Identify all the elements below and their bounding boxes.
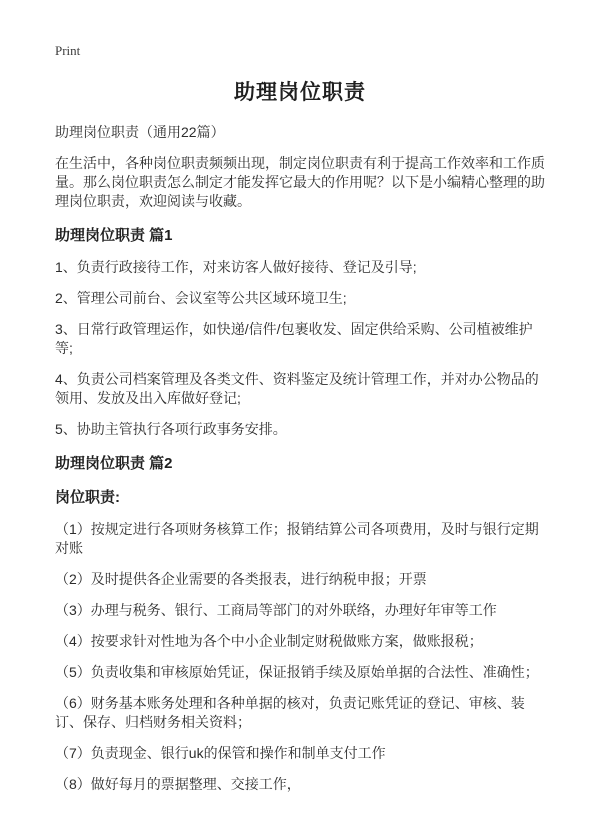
section-1-item: 5、协助主管执行各项行政事务安排。 (55, 420, 545, 439)
intro-paragraph: 在生活中，各种岗位职责频频出现，制定岗位职责有利于提高工作效率和工作质量。那么岗… (55, 154, 545, 211)
document-subtitle: 助理岗位职责（通用22篇） (55, 123, 545, 142)
section-2-item: （8）做好每月的票据整理、交接工作， (55, 775, 545, 794)
section-2-item: （7）负责现金、银行uk的保管和操作和制单支付工作 (55, 744, 545, 763)
section-1-item: 4、负责公司档案管理及各类文件、资料鉴定及统计管理工作，并对办公物品的领用、发放… (55, 370, 545, 408)
section-2-item: （6）财务基本账务处理和各种单据的核对，负责记账凭证的登记、审核、装订、保存、归… (55, 694, 545, 732)
section-2-item: （4）按要求针对性地为各个中小企业制定财税做账方案，做账报税； (55, 632, 545, 651)
section-1-item: 3、日常行政管理运作，如快递/信件/包裹收发、固定供给采购、公司植被维护等; (55, 320, 545, 358)
document-title: 助理岗位职责 (55, 81, 545, 105)
section-2-subheading: 岗位职责: (55, 488, 545, 508)
section-2-item: （5）负责收集和审核原始凭证，保证报销手续及原始单据的合法性、准确性； (55, 663, 545, 682)
section-2-item: （3）办理与税务、银行、工商局等部门的对外联络，办理好年审等工作 (55, 601, 545, 620)
section-2-item: （1）按规定进行各项财务核算工作；报销结算公司各项费用，及时与银行定期对账 (55, 520, 545, 558)
document-page: Print 助理岗位职责 助理岗位职责（通用22篇） 在生活中，各种岗位职责频频… (0, 0, 600, 828)
section-1-item: 1、负责行政接待工作，对来访客人做好接待、登记及引导; (55, 258, 545, 277)
section-2-item: （2）及时提供各企业需要的各类报表，进行纳税申报；开票 (55, 570, 545, 589)
section-1-heading: 助理岗位职责 篇1 (55, 226, 545, 246)
section-1-item: 2、管理公司前台、会议室等公共区域环境卫生; (55, 289, 545, 308)
section-2-heading: 助理岗位职责 篇2 (55, 454, 545, 474)
print-link[interactable]: Print (55, 44, 545, 58)
